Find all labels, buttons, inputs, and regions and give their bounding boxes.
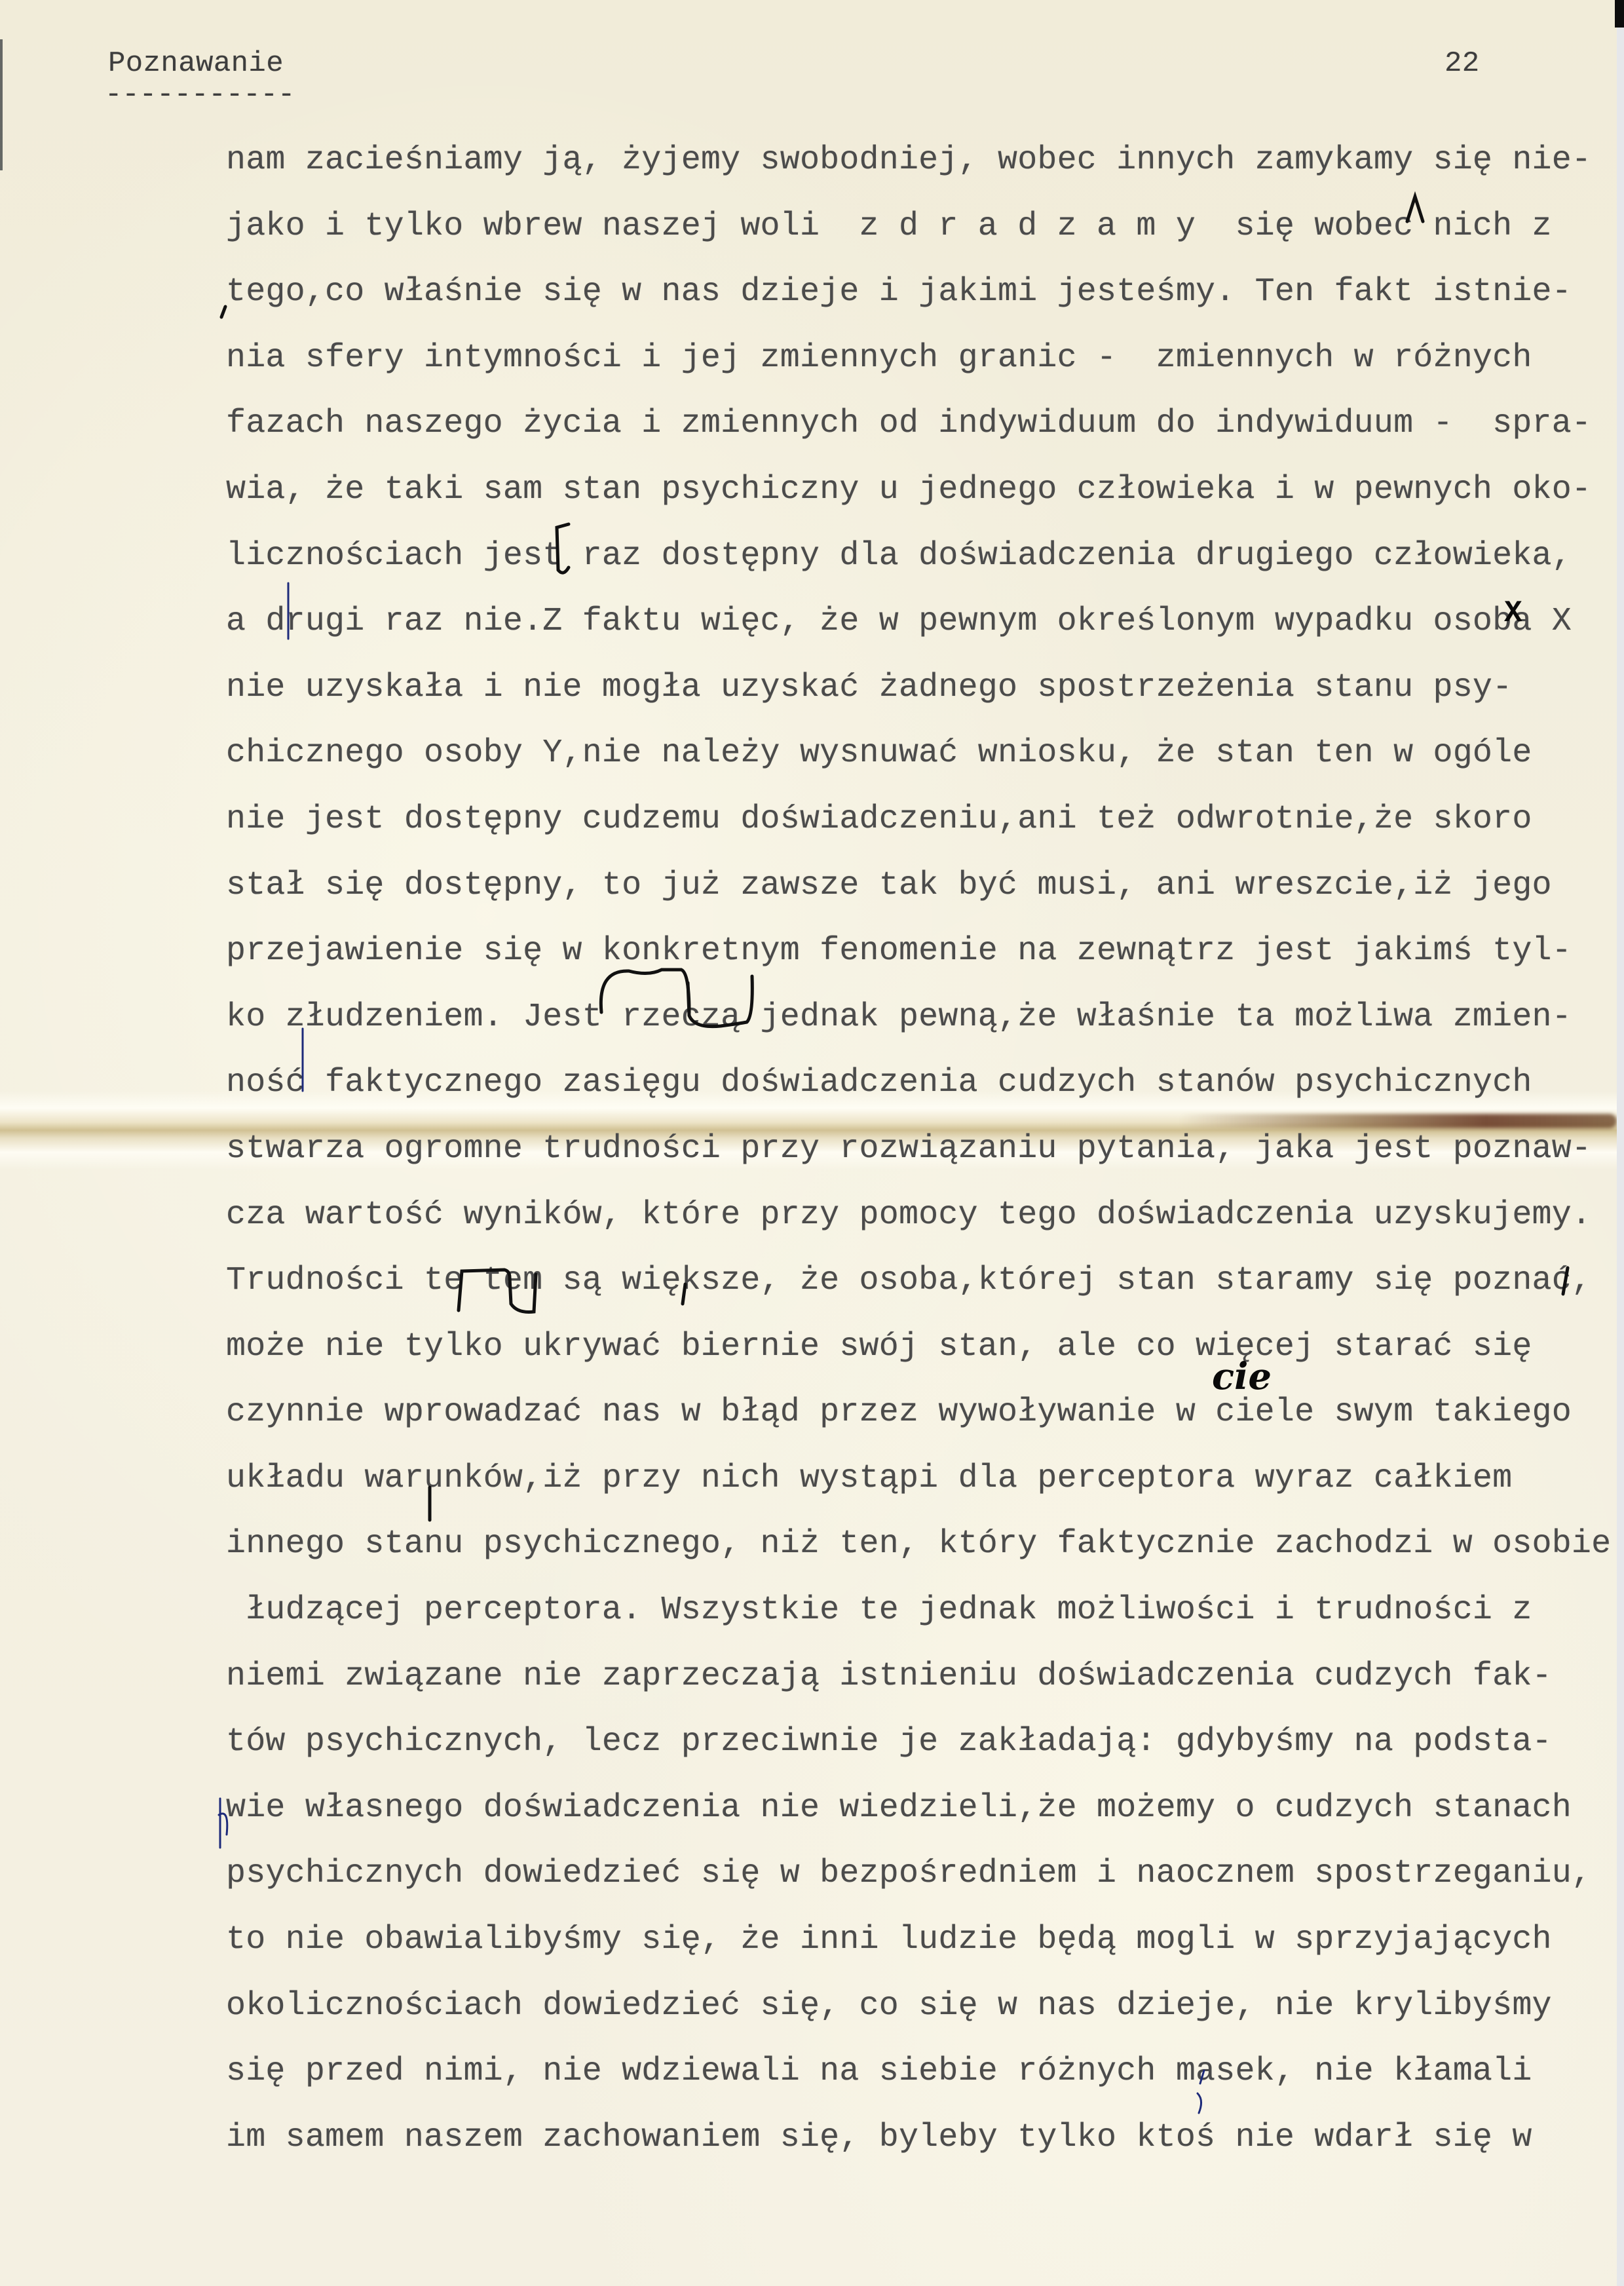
handwritten-correction-cie: cie [1212, 1355, 1272, 1398]
text-line: im samem naszem zachowaniem się, byleby … [226, 2116, 1611, 2182]
text-line: łudzącej perceptora. Wszystkie te jednak… [226, 1589, 1611, 1655]
text-line: to nie obawialibyśmy się, że inni ludzie… [226, 1918, 1611, 1985]
text-line: cza wartość wyników, które przy pomocy t… [226, 1194, 1611, 1260]
text-line: jako i tylko wbrew naszej woli z d r a d… [226, 205, 1611, 271]
text-line: stał się dostępny, to już zawsze tak być… [226, 864, 1611, 930]
handwritten-correction-x: X [1504, 596, 1522, 630]
running-header-title: Poznawanie [108, 47, 284, 80]
text-line: Trudności te tem są większe, że osoba,kt… [226, 1259, 1611, 1325]
text-line: nam zacieśniamy ją, żyjemy swobodniej, w… [226, 139, 1611, 205]
text-line: chicznego osoby Y,nie należy wysnuwać wn… [226, 732, 1611, 798]
text-line: nie uzyskała i nie mogła uzyskać żadnego… [226, 666, 1611, 733]
text-line: licznościach jest raz dostępny dla doświ… [226, 535, 1611, 601]
scanner-background-edge [1617, 0, 1624, 2286]
text-line: się przed nimi, nie wdziewali na siebie … [226, 2050, 1611, 2116]
text-line: nie jest dostępny cudzemu doświadczeniu,… [226, 798, 1611, 864]
text-line: może nie tylko ukrywać biernie swój stan… [226, 1325, 1611, 1392]
body-text: nam zacieśniamy ją, żyjemy swobodniej, w… [226, 139, 1611, 2182]
text-line: niemi związane nie zaprzeczają istnieniu… [226, 1655, 1611, 1721]
text-line: tego,co właśnie się w nas dzieje i jakim… [226, 271, 1611, 337]
text-line: ko złudzeniem. Jest rzeczą jednak pewną,… [226, 996, 1611, 1062]
text-line: tów psychicznych, lecz przeciwnie je zak… [226, 1721, 1611, 1787]
header-underline: ----------- [105, 79, 295, 111]
text-line: wie własnego doświadczenia nie wiedzieli… [226, 1787, 1611, 1853]
text-line: okolicznościach dowiedzieć się, co się w… [226, 1985, 1611, 2051]
comma-mark [221, 307, 225, 317]
scanner-corner-shadow [1615, 0, 1624, 28]
text-line: fazach naszego życia i zmiennych od indy… [226, 402, 1611, 468]
text-line: przejawienie się w konkretnym fenomenie … [226, 930, 1611, 996]
page-number: 22 [1445, 47, 1480, 80]
text-line: ność faktycznego zasięgu doświadczenia c… [226, 1061, 1611, 1128]
text-line: układu warunków,iż przy nich wystąpi dla… [226, 1457, 1611, 1523]
text-line: a drugi raz nie.Z faktu więc, że w pewny… [226, 600, 1611, 666]
text-line: psychicznych dowiedzieć się w bezpośredn… [226, 1852, 1611, 1918]
typewritten-page: Poznawanie ----------- 22 nam zacieśniam… [0, 0, 1617, 2286]
text-line: stwarza ogromne trudności przy rozwiązan… [226, 1128, 1611, 1194]
scan-edge-shadow [0, 39, 3, 170]
text-line: wia, że taki sam stan psychiczny u jedne… [226, 468, 1611, 535]
text-line: innego stanu psychicznego, niż ten, któr… [226, 1523, 1611, 1589]
text-line: nia sfery intymności i jej zmiennych gra… [226, 337, 1611, 403]
text-line: czynnie wprowadzać nas w błąd przez wywo… [226, 1391, 1611, 1457]
